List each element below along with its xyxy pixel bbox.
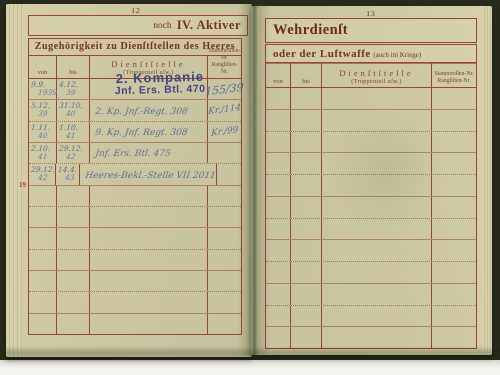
column-header-bis: bis <box>291 63 322 87</box>
column-header-stammrollen: Stammrollen-Nr. Rangliſten-Nr. <box>432 63 476 87</box>
table-row <box>266 132 476 154</box>
left-page-number: 12 <box>28 6 244 15</box>
section-header-title: IV. Aktiver <box>177 18 241 33</box>
table-rows: 9.9.19394.12.39155/395.12.3931.10.402. K… <box>29 79 241 334</box>
table-row <box>29 292 241 313</box>
right-page-number: 13 <box>265 9 477 18</box>
unit-stamp: 2. Kompanie Jnf. Ers. Btl. 470 <box>94 69 227 97</box>
wehrpass-photo: 12 noch IV. Aktiver Zugehörigkeit zu Die… <box>0 0 500 375</box>
column-header-bis: bis <box>57 56 90 78</box>
table-row <box>266 110 476 132</box>
table-row <box>266 306 476 328</box>
table-rows <box>266 88 476 348</box>
table-row: 2.10.4129.12.42Jnf. Ers. Btl. 475 <box>29 143 241 164</box>
table-row <box>266 262 476 284</box>
table-row: 29.12.4214.4.43Heeres-Bekl.-Stelle VII 2… <box>29 164 241 185</box>
table-row <box>29 228 241 249</box>
table-row <box>29 186 241 207</box>
table-row: 1.11.401.10.419. Kp. Jnf. Regt. 308Kr./9… <box>29 122 241 143</box>
table-row <box>266 197 476 219</box>
book-gutter <box>238 4 270 356</box>
luftwaffe-dienststellen-table: von bis Dienſtſtelle (Truppenteil uſw.) … <box>265 62 477 349</box>
section-header-box: noch IV. Aktiver <box>28 15 248 36</box>
table-row: 5.12.3931.10.402. Kp. Jnf.-Regt. 308Kr./… <box>29 100 241 121</box>
table-row <box>29 271 241 292</box>
right-page: 13 Wehrdienſt oder der Luftwaffe (auch i… <box>251 6 492 355</box>
column-header-von: von <box>29 56 57 78</box>
section-header-prefix: noch <box>153 21 171 31</box>
table-row <box>266 240 476 262</box>
table-row <box>266 327 476 348</box>
table-row <box>29 250 241 271</box>
book-shadow <box>0 346 500 368</box>
page-stack-edge <box>482 6 492 355</box>
luftwaffe-subtitle: oder der Luftwaffe (auch im Kriege) <box>266 48 421 60</box>
margin-number: 19 <box>19 181 26 189</box>
table-column-header: von bis Dienſtſtelle (Truppenteil uſw.) … <box>266 63 476 88</box>
table-row <box>29 314 241 334</box>
table-row <box>266 284 476 306</box>
table-row <box>266 219 476 241</box>
table-row <box>266 88 476 110</box>
table-row <box>29 207 241 228</box>
wehrdienst-title: Wehrdienſt <box>266 22 348 39</box>
luftwaffe-header-box: oder der Luftwaffe (auch im Kriege) <box>265 44 477 64</box>
table-row <box>266 153 476 175</box>
table-row <box>266 175 476 197</box>
left-page: 12 noch IV. Aktiver Zugehörigkeit zu Die… <box>6 4 252 357</box>
column-header-dienststelle: Dienſtſtelle (Truppenteil uſw.) <box>322 63 432 87</box>
wehrdienst-header-box: Wehrdienſt <box>265 18 477 43</box>
